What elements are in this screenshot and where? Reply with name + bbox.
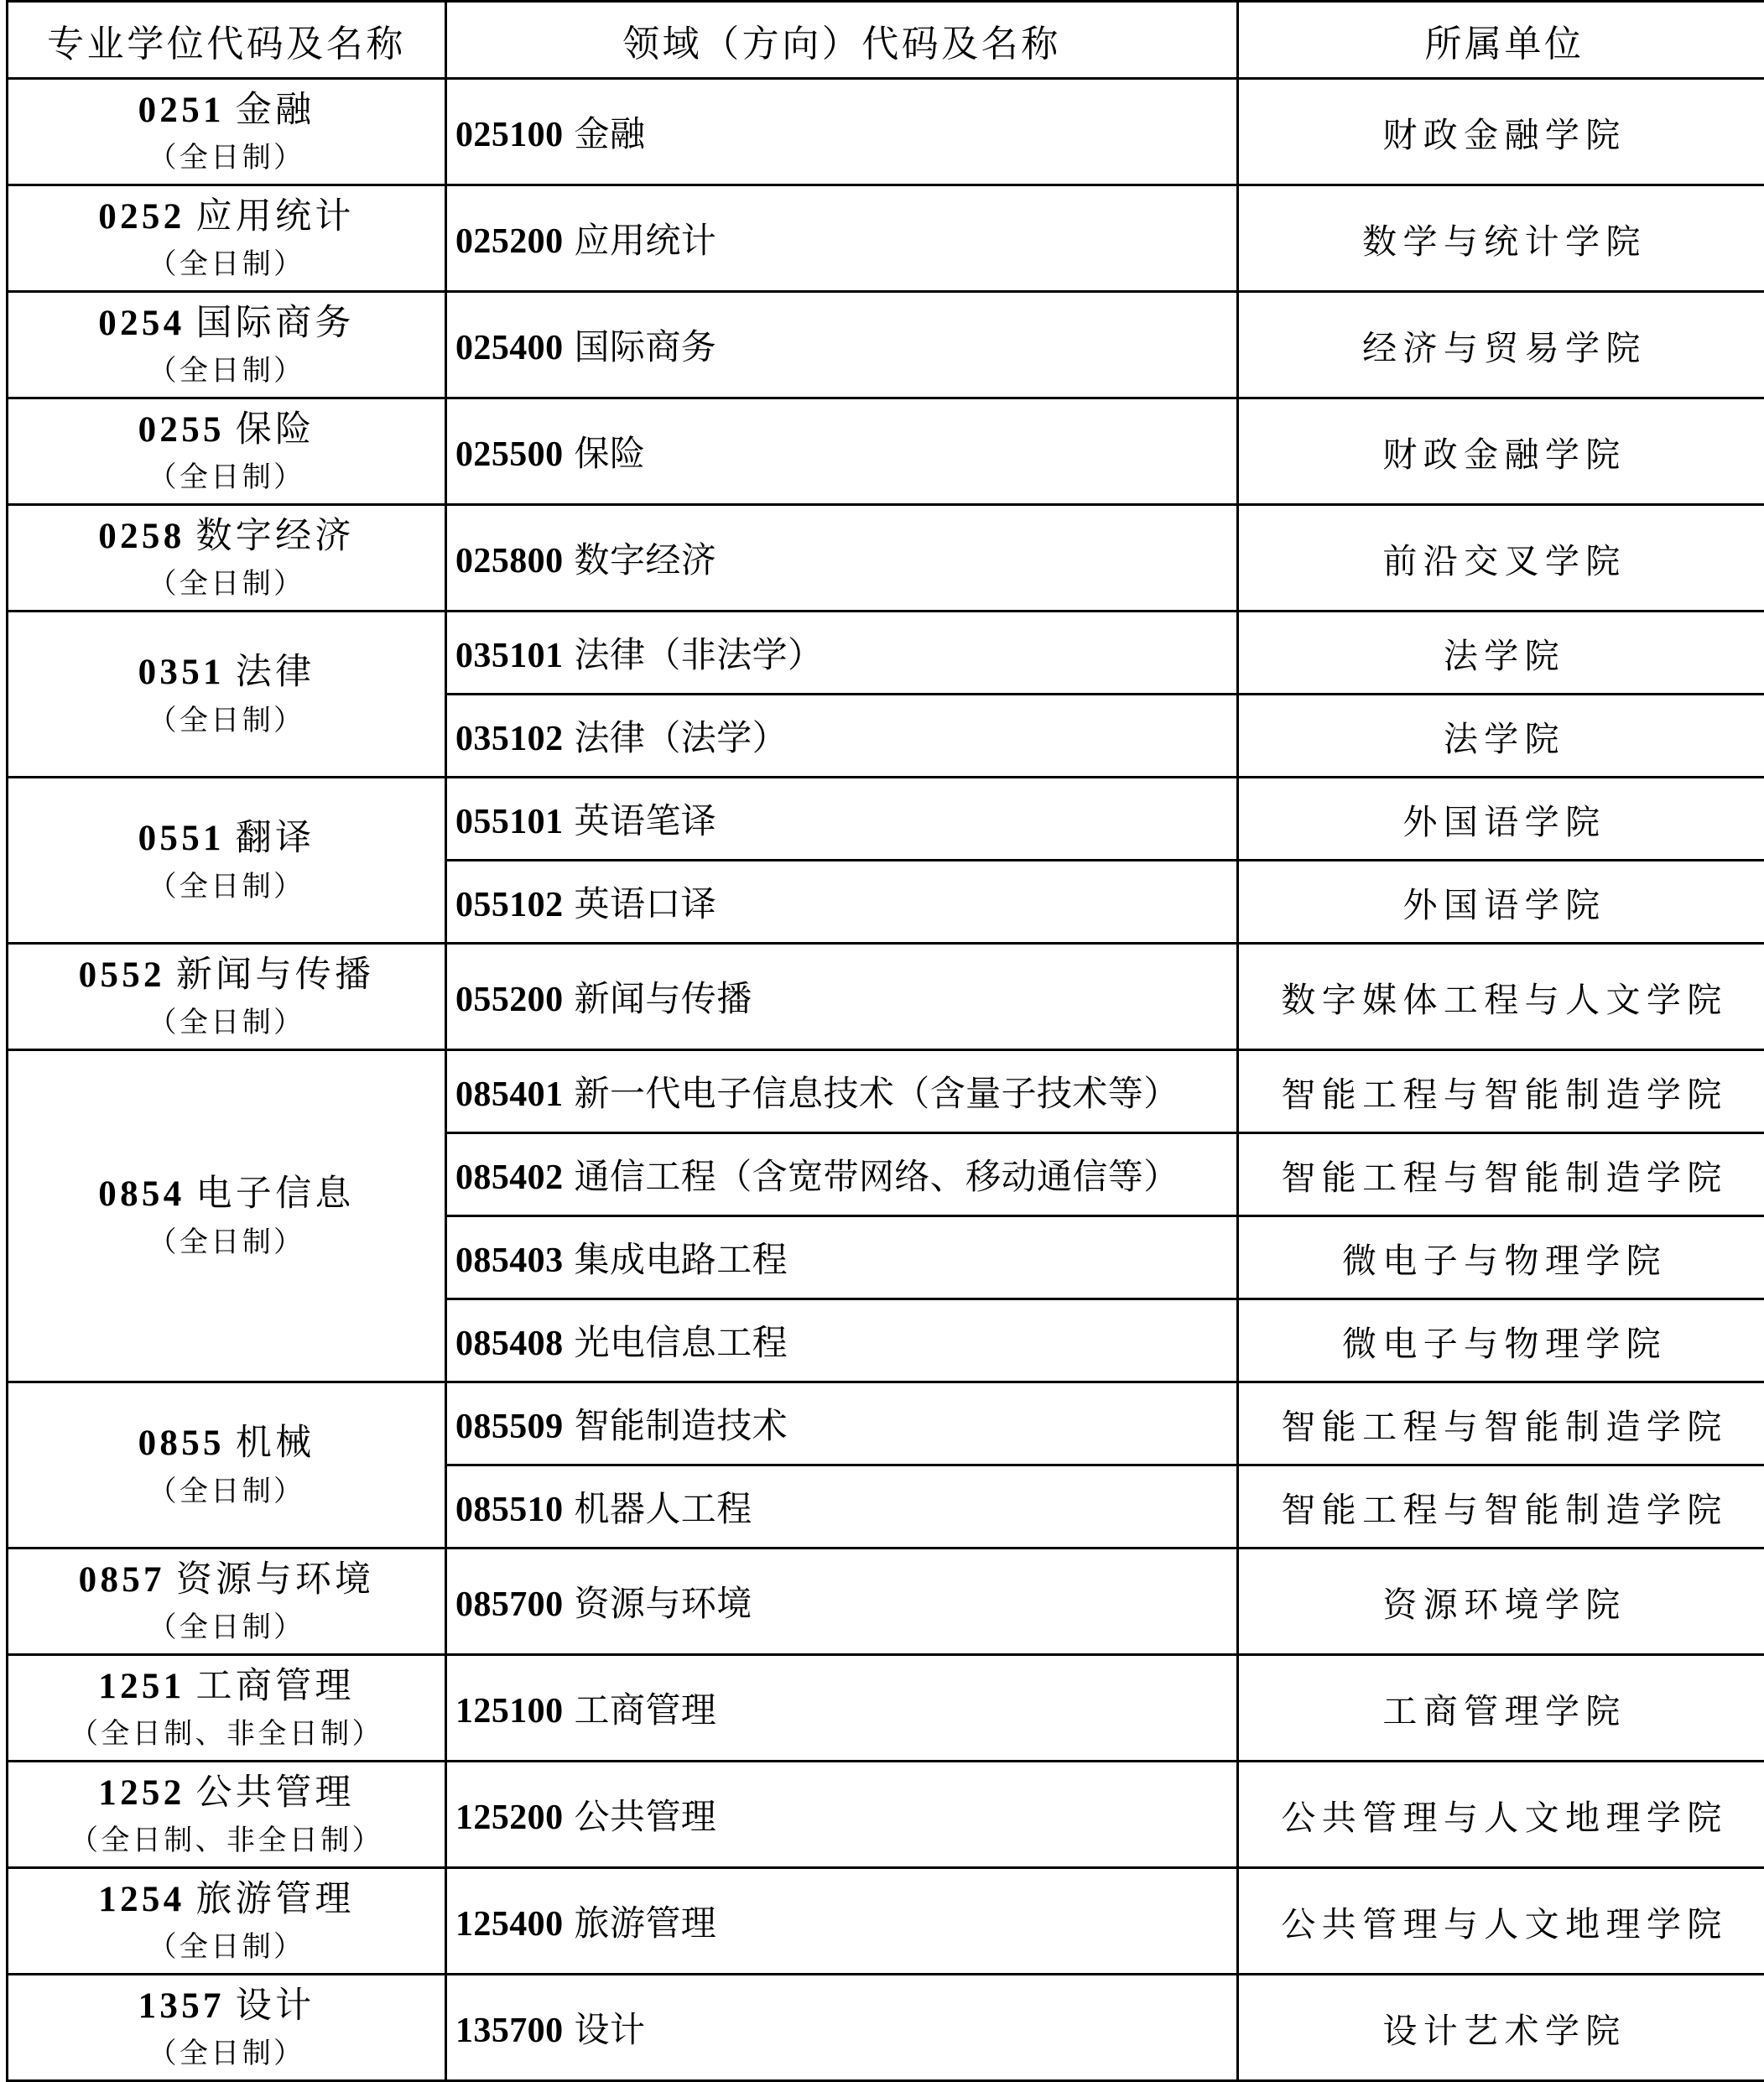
degree-code: 1252公共管理 bbox=[8, 1772, 445, 1814]
unit-cell: 资源环境学院 bbox=[1238, 1548, 1764, 1655]
field-cell: 125200公共管理 bbox=[446, 1762, 1238, 1868]
degree-mode: （全日制） bbox=[8, 2038, 445, 2069]
unit-cell: 微电子与物理学院 bbox=[1238, 1299, 1764, 1382]
degree-cell: 0254国际商务 （全日制） bbox=[8, 292, 446, 398]
degree-cell: 0552新闻与传播 （全日制） bbox=[8, 944, 446, 1050]
degree-cell: 0252应用统计 （全日制） bbox=[8, 185, 446, 292]
degree-code: 0254国际商务 bbox=[8, 303, 445, 344]
unit-cell: 数学与统计学院 bbox=[1238, 185, 1764, 292]
field-cell: 085401新一代电子信息技术（含量子技术等） bbox=[446, 1050, 1238, 1133]
unit-cell: 外国语学院 bbox=[1238, 861, 1764, 944]
field-cell: 025500保险 bbox=[446, 398, 1238, 505]
unit-cell: 法学院 bbox=[1238, 612, 1764, 695]
degree-cell: 0855机械 （全日制） bbox=[8, 1382, 446, 1548]
unit-cell: 微电子与物理学院 bbox=[1238, 1216, 1764, 1299]
degree-code: 0551翻译 bbox=[8, 818, 445, 859]
table-row: 0854电子信息 （全日制） 085401新一代电子信息技术（含量子技术等） 智… bbox=[8, 1050, 1764, 1133]
degree-mode: （全日制、非全日制） bbox=[8, 1825, 445, 1856]
degree-code: 0552新闻与传播 bbox=[8, 955, 445, 996]
field-cell: 055101英语笔译 bbox=[446, 778, 1238, 861]
header-field-col: 领域（方向）代码及名称 bbox=[446, 2, 1238, 79]
table-row: 1254旅游管理 （全日制） 125400旅游管理 公共管理与人文地理学院 bbox=[8, 1868, 1764, 1975]
field-cell: 025800数字经济 bbox=[446, 505, 1238, 612]
degree-mode: （全日制、非全日制） bbox=[8, 1719, 445, 1750]
field-cell: 085403集成电路工程 bbox=[446, 1216, 1238, 1299]
field-cell: 085509智能制造技术 bbox=[446, 1382, 1238, 1465]
unit-cell: 工商管理学院 bbox=[1238, 1655, 1764, 1762]
field-cell: 125400旅游管理 bbox=[446, 1868, 1238, 1975]
field-cell: 055102英语口译 bbox=[446, 861, 1238, 944]
degree-code: 0258数字经济 bbox=[8, 516, 445, 557]
degree-mode: （全日制） bbox=[8, 872, 445, 903]
degree-code: 1251工商管理 bbox=[8, 1666, 445, 1707]
unit-cell: 前沿交叉学院 bbox=[1238, 505, 1764, 612]
unit-cell: 智能工程与智能制造学院 bbox=[1238, 1382, 1764, 1465]
field-cell: 125100工商管理 bbox=[446, 1655, 1238, 1762]
unit-cell: 智能工程与智能制造学院 bbox=[1238, 1465, 1764, 1548]
unit-cell: 设计艺术学院 bbox=[1238, 1975, 1764, 2081]
header-row: 专业学位代码及名称 领域（方向）代码及名称 所属单位 bbox=[8, 2, 1764, 79]
degree-mode: （全日制） bbox=[8, 462, 445, 493]
field-cell: 085408光电信息工程 bbox=[446, 1299, 1238, 1382]
degree-mode: （全日制） bbox=[8, 1007, 445, 1038]
degree-code: 0252应用统计 bbox=[8, 196, 445, 237]
table-row: 0351法律 （全日制） 035101法律（非法学） 法学院 bbox=[8, 612, 1764, 695]
table-row: 0551翻译 （全日制） 055101英语笔译 外国语学院 bbox=[8, 778, 1764, 861]
unit-cell: 公共管理与人文地理学院 bbox=[1238, 1762, 1764, 1868]
document-page: 专业学位代码及名称 领域（方向）代码及名称 所属单位 0251金融 （全日制） … bbox=[0, 0, 1764, 2079]
table-row: 0255保险 （全日制） 025500保险 财政金融学院 bbox=[8, 398, 1764, 505]
degree-code: 1254旅游管理 bbox=[8, 1879, 445, 1920]
degree-code: 0255保险 bbox=[8, 409, 445, 450]
degree-code: 0251金融 bbox=[8, 90, 445, 131]
degree-mode: （全日制） bbox=[8, 1476, 445, 1507]
table-row: 0258数字经济 （全日制） 025800数字经济 前沿交叉学院 bbox=[8, 505, 1764, 612]
degree-cell: 0258数字经济 （全日制） bbox=[8, 505, 446, 612]
table-row: 1357设计 （全日制） 135700设计 设计艺术学院 bbox=[8, 1975, 1764, 2081]
degree-code: 0857资源与环境 bbox=[8, 1559, 445, 1601]
field-cell: 085402通信工程（含宽带网络、移动通信等） bbox=[446, 1133, 1238, 1216]
degree-mode: （全日制） bbox=[8, 356, 445, 387]
field-cell: 085700资源与环境 bbox=[446, 1548, 1238, 1655]
degree-mode: （全日制） bbox=[8, 249, 445, 280]
table-row: 1252公共管理 （全日制、非全日制） 125200公共管理 公共管理与人文地理… bbox=[8, 1762, 1764, 1868]
unit-cell: 数字媒体工程与人文学院 bbox=[1238, 944, 1764, 1050]
degree-cell: 0351法律 （全日制） bbox=[8, 612, 446, 778]
degree-code: 0351法律 bbox=[8, 652, 445, 693]
degree-cell: 0551翻译 （全日制） bbox=[8, 778, 446, 944]
degree-code: 0855机械 bbox=[8, 1423, 445, 1464]
unit-cell: 法学院 bbox=[1238, 695, 1764, 778]
table-row: 0251金融 （全日制） 025100金融 财政金融学院 bbox=[8, 79, 1764, 185]
field-cell: 035102法律（法学） bbox=[446, 695, 1238, 778]
degree-cell: 1251工商管理 （全日制、非全日制） bbox=[8, 1655, 446, 1762]
field-cell: 085510机器人工程 bbox=[446, 1465, 1238, 1548]
table-row: 0552新闻与传播 （全日制） 055200新闻与传播 数字媒体工程与人文学院 bbox=[8, 944, 1764, 1050]
field-cell: 135700设计 bbox=[446, 1975, 1238, 2081]
degree-code: 1357设计 bbox=[8, 1986, 445, 2027]
degree-cell: 1252公共管理 （全日制、非全日制） bbox=[8, 1762, 446, 1868]
field-cell: 025100金融 bbox=[446, 79, 1238, 185]
header-unit-col: 所属单位 bbox=[1238, 2, 1764, 79]
table-row: 0857资源与环境 （全日制） 085700资源与环境 资源环境学院 bbox=[8, 1548, 1764, 1655]
degree-cell: 1357设计 （全日制） bbox=[8, 1975, 446, 2081]
unit-cell: 公共管理与人文地理学院 bbox=[1238, 1868, 1764, 1975]
degree-mode: （全日制） bbox=[8, 569, 445, 600]
header-degree-col: 专业学位代码及名称 bbox=[8, 2, 446, 79]
degree-cell: 0854电子信息 （全日制） bbox=[8, 1050, 446, 1382]
table-row: 0254国际商务 （全日制） 025400国际商务 经济与贸易学院 bbox=[8, 292, 1764, 398]
table-row: 0252应用统计 （全日制） 025200应用统计 数学与统计学院 bbox=[8, 185, 1764, 292]
degree-mode: （全日制） bbox=[8, 1227, 445, 1258]
unit-cell: 智能工程与智能制造学院 bbox=[1238, 1050, 1764, 1133]
degree-mode: （全日制） bbox=[8, 1612, 445, 1643]
degree-cell: 1254旅游管理 （全日制） bbox=[8, 1868, 446, 1975]
table-row: 0855机械 （全日制） 085509智能制造技术 智能工程与智能制造学院 bbox=[8, 1382, 1764, 1465]
degree-mode: （全日制） bbox=[8, 705, 445, 737]
unit-cell: 财政金融学院 bbox=[1238, 398, 1764, 505]
degree-cell: 0251金融 （全日制） bbox=[8, 79, 446, 185]
degree-code: 0854电子信息 bbox=[8, 1174, 445, 1215]
field-cell: 035101法律（非法学） bbox=[446, 612, 1238, 695]
admissions-table: 专业学位代码及名称 领域（方向）代码及名称 所属单位 0251金融 （全日制） … bbox=[6, 0, 1764, 2082]
table-row: 1251工商管理 （全日制、非全日制） 125100工商管理 工商管理学院 bbox=[8, 1655, 1764, 1762]
degree-mode: （全日制） bbox=[8, 143, 445, 174]
unit-cell: 智能工程与智能制造学院 bbox=[1238, 1133, 1764, 1216]
unit-cell: 外国语学院 bbox=[1238, 778, 1764, 861]
field-cell: 025400国际商务 bbox=[446, 292, 1238, 398]
field-cell: 025200应用统计 bbox=[446, 185, 1238, 292]
unit-cell: 财政金融学院 bbox=[1238, 79, 1764, 185]
field-cell: 055200新闻与传播 bbox=[446, 944, 1238, 1050]
unit-cell: 经济与贸易学院 bbox=[1238, 292, 1764, 398]
degree-mode: （全日制） bbox=[8, 1932, 445, 1963]
degree-cell: 0255保险 （全日制） bbox=[8, 398, 446, 505]
degree-cell: 0857资源与环境 （全日制） bbox=[8, 1548, 446, 1655]
